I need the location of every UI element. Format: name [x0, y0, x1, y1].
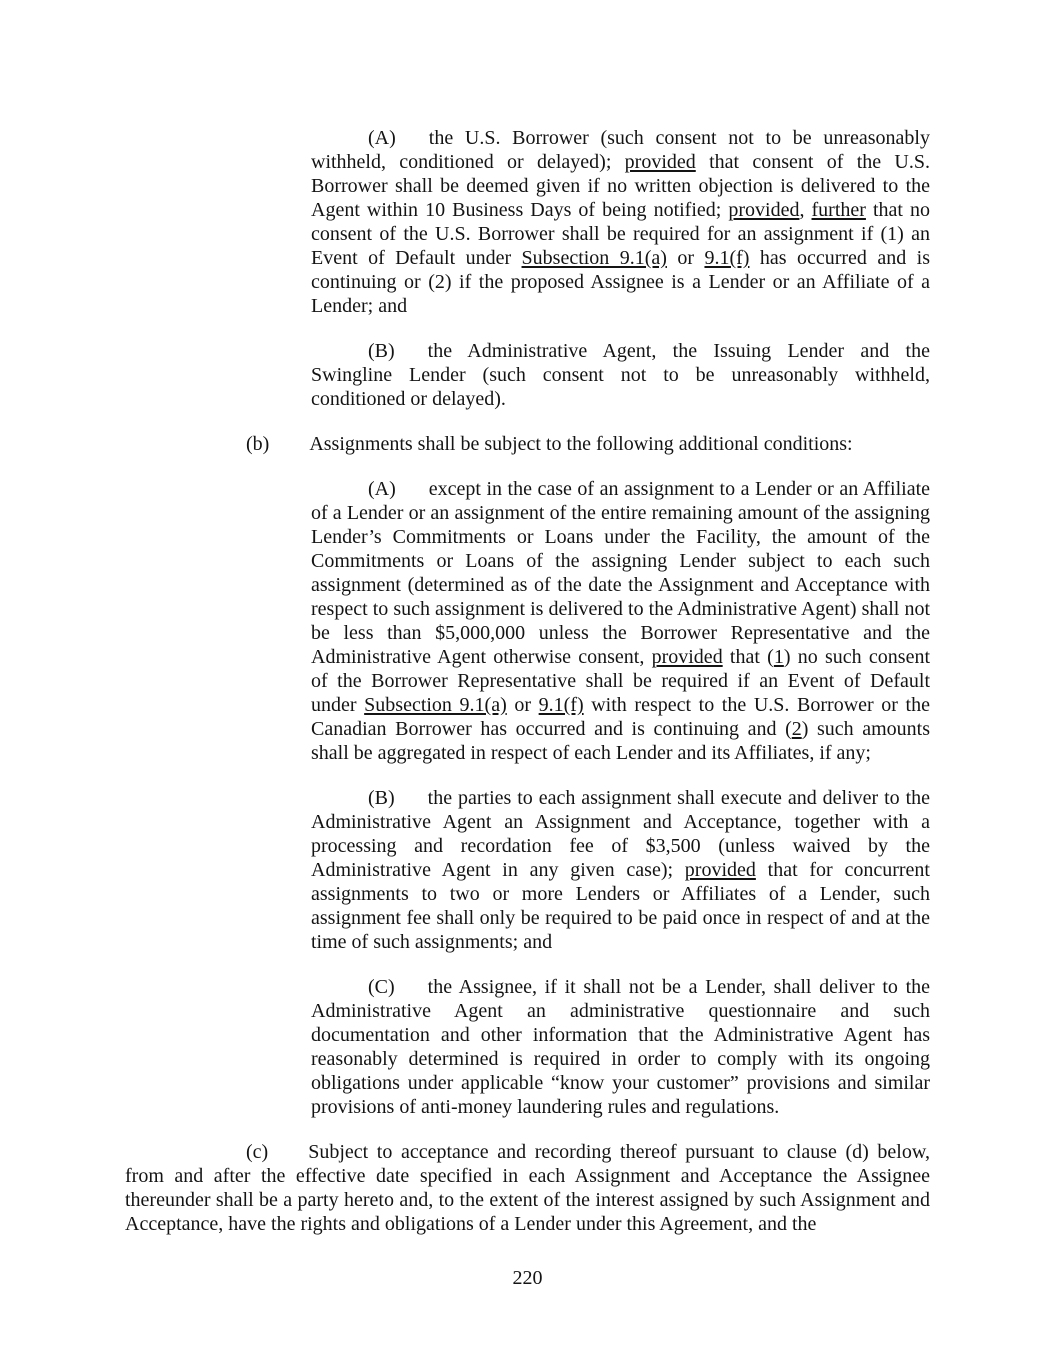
- clause-c-acceptance-recording: (c)Subject to acceptance and recording t…: [125, 1140, 930, 1236]
- clause-text: the Administrative Agent, the Issuing Le…: [311, 340, 930, 410]
- clause-label: (B): [368, 787, 395, 809]
- clause-text: except in the case of an assignment to a…: [311, 478, 930, 764]
- page-number: 220: [125, 1266, 930, 1290]
- clause-label: (C): [368, 976, 395, 998]
- clause-text: Assignments shall be subject to the foll…: [309, 433, 852, 455]
- clause-b-additional-conditions: (b)Assignments shall be subject to the f…: [125, 432, 930, 456]
- clause-C-assignee-questionnaire: (C)the Assignee, if it shall not be a Le…: [311, 975, 930, 1119]
- clause-label: (B): [368, 340, 395, 362]
- clause-text: the Assignee, if it shall not be a Lende…: [311, 976, 930, 1118]
- clause-label: (b): [246, 433, 269, 455]
- clause-label: (A): [368, 127, 396, 149]
- clause-A-consent-us-borrower: (A)the U.S. Borrower (such consent not t…: [311, 126, 930, 318]
- clause-label: (c): [246, 1141, 268, 1163]
- clause-B-processing-fee: (B)the parties to each assignment shall …: [311, 786, 930, 954]
- clause-label: (A): [368, 478, 396, 500]
- clause-text: the U.S. Borrower (such consent not to b…: [311, 127, 930, 317]
- clause-B-consent-admin-agent: (B)the Administrative Agent, the Issuing…: [311, 339, 930, 411]
- clause-text: the parties to each assignment shall exe…: [311, 787, 930, 953]
- document-page: (A)the U.S. Borrower (such consent not t…: [0, 0, 1055, 1365]
- clause-A-minimum-assignment-amount: (A)except in the case of an assignment t…: [311, 477, 930, 765]
